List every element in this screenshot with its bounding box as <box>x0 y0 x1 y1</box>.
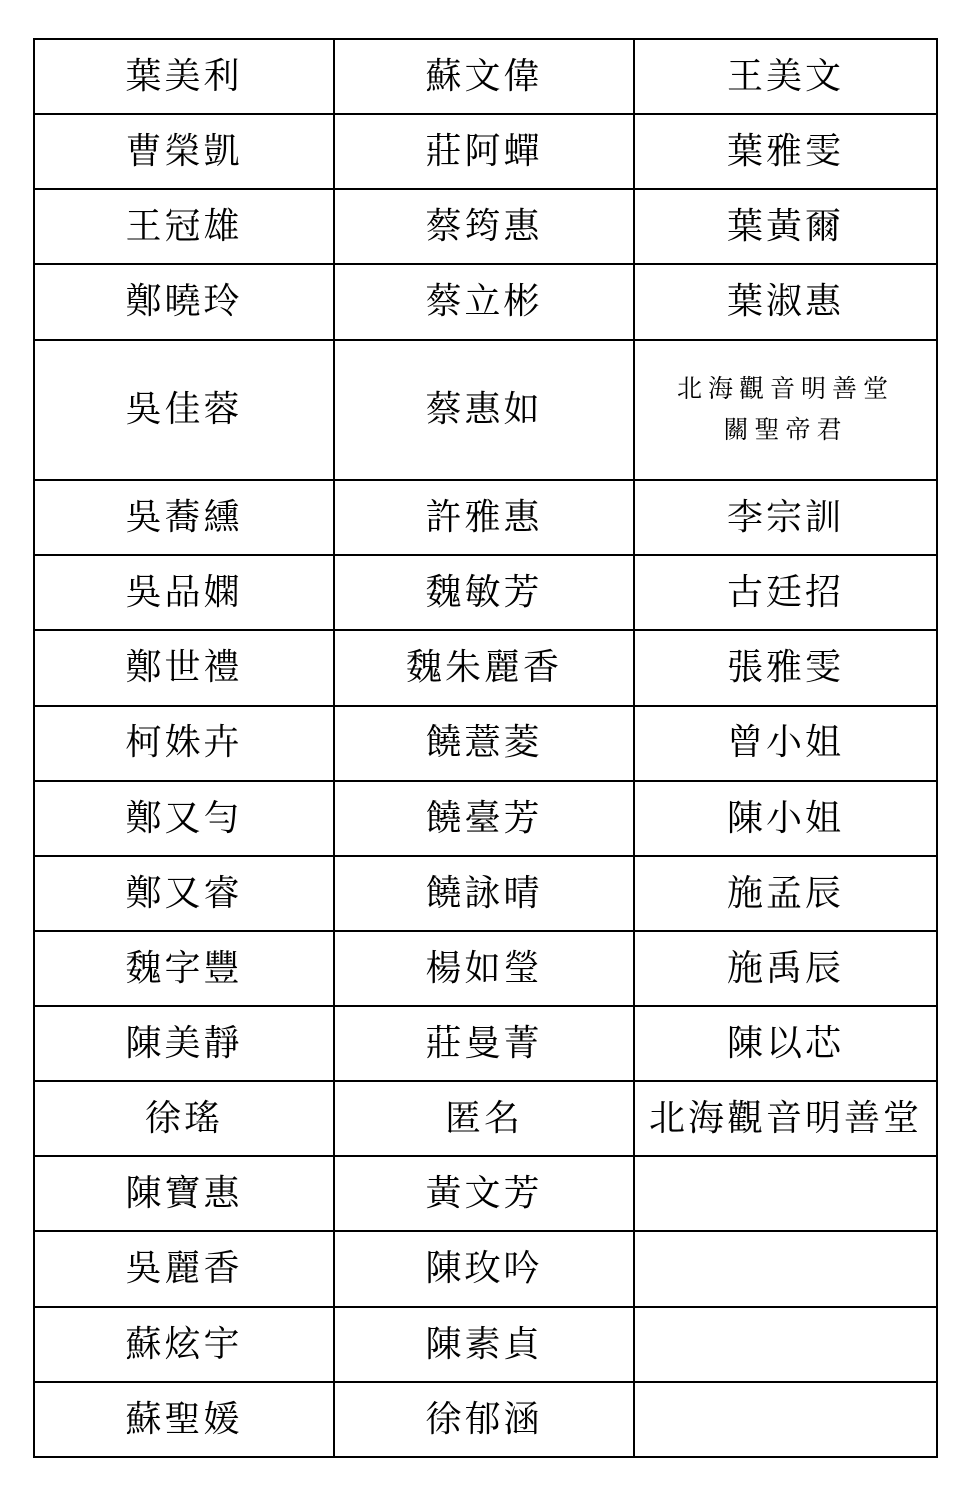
table-cell: 陳小姐 <box>634 781 937 856</box>
donor-name: 古廷招 <box>635 571 936 614</box>
donor-name: 黃文芳 <box>335 1172 633 1215</box>
donor-name: 吳品嫻 <box>35 571 333 614</box>
table-cell: 楊如瑩 <box>334 931 634 1006</box>
table-cell: 徐瑤 <box>34 1081 334 1156</box>
table-cell: 饒薏菱 <box>334 706 634 781</box>
table-cell: 古廷招 <box>634 555 937 630</box>
donor-name: 鄭曉玲 <box>35 280 333 323</box>
table-cell: 陳素貞 <box>334 1307 634 1382</box>
table-cell: 陳寶惠 <box>34 1156 334 1231</box>
donor-name: 蘇炫宇 <box>35 1323 333 1366</box>
table-cell: 鄭曉玲 <box>34 264 334 339</box>
donor-name: 張雅雯 <box>635 646 936 689</box>
table-row: 葉美利 蘇文偉 王美文 <box>34 39 937 114</box>
donor-name: 吳麗香 <box>35 1247 333 1290</box>
table-cell <box>634 1307 937 1382</box>
table-cell: 魏朱麗香 <box>334 630 634 705</box>
table-cell: 鄭世禮 <box>34 630 334 705</box>
table-cell: 陳以芯 <box>634 1006 937 1081</box>
table-cell: 曾小姐 <box>634 706 937 781</box>
donor-name: 鄭世禮 <box>35 646 333 689</box>
donor-name: 柯姝卉 <box>35 721 333 764</box>
donor-name: 饒臺芳 <box>335 797 633 840</box>
table-cell: 李宗訓 <box>634 480 937 555</box>
table-cell: 蘇文偉 <box>334 39 634 114</box>
table-cell: 莊曼菁 <box>334 1006 634 1081</box>
table-row: 徐瑤 匿名 北海觀音明善堂 <box>34 1081 937 1156</box>
donor-name: 陳小姐 <box>635 797 936 840</box>
donor-name: 曹榮凱 <box>35 130 333 173</box>
table-row: 吳麗香 陳玫吟 <box>34 1231 937 1306</box>
donor-name: 吳蕎纁 <box>35 496 333 539</box>
donor-name: 魏朱麗香 <box>335 646 633 689</box>
table-cell: 蔡惠如 <box>334 340 634 481</box>
donor-name: 蘇聖媛 <box>35 1398 333 1441</box>
donor-name: 蘇文偉 <box>335 55 633 98</box>
donor-name: 施禹辰 <box>635 947 936 990</box>
table-cell: 蔡立彬 <box>334 264 634 339</box>
table-cell: 吳蕎纁 <box>34 480 334 555</box>
donor-name: 魏敏芳 <box>335 571 633 614</box>
donor-name: 徐瑤 <box>35 1097 333 1140</box>
donor-name: 葉淑惠 <box>635 280 936 323</box>
table-cell: 葉黃爾 <box>634 189 937 264</box>
table-row: 魏字豐 楊如瑩 施禹辰 <box>34 931 937 1006</box>
table-cell: 黃文芳 <box>334 1156 634 1231</box>
table-cell: 蔡筠惠 <box>334 189 634 264</box>
table-cell: 吳麗香 <box>34 1231 334 1306</box>
table-cell: 王美文 <box>634 39 937 114</box>
table-cell: 魏敏芳 <box>334 555 634 630</box>
table-cell: 吳佳蓉 <box>34 340 334 481</box>
table-cell: 鄭又睿 <box>34 856 334 931</box>
donor-name: 蔡筠惠 <box>335 205 633 248</box>
table-cell: 魏字豐 <box>34 931 334 1006</box>
table-row: 鄭又勻 饒臺芳 陳小姐 <box>34 781 937 856</box>
donor-name: 徐郁涵 <box>335 1398 633 1441</box>
table-cell: 王冠雄 <box>34 189 334 264</box>
table-cell: 北海觀音明善堂 <box>634 1081 937 1156</box>
donor-name: 匿名 <box>335 1097 633 1140</box>
table-cell: 莊阿蟬 <box>334 114 634 189</box>
donor-name: 陳素貞 <box>335 1323 633 1366</box>
table-row: 柯姝卉 饒薏菱 曾小姐 <box>34 706 937 781</box>
donor-name: 葉美利 <box>35 55 333 98</box>
table-row: 陳寶惠 黃文芳 <box>34 1156 937 1231</box>
table-cell <box>634 1231 937 1306</box>
donor-name: 許雅惠 <box>335 496 633 539</box>
donor-name: 莊曼菁 <box>335 1022 633 1065</box>
table-cell: 陳玫吟 <box>334 1231 634 1306</box>
table-cell: 陳美靜 <box>34 1006 334 1081</box>
table-cell: 柯姝卉 <box>34 706 334 781</box>
donor-name: 饒薏菱 <box>335 721 633 764</box>
table-cell: 葉美利 <box>34 39 334 114</box>
table-cell <box>634 1156 937 1231</box>
table-row: 陳美靜 莊曼菁 陳以芯 <box>34 1006 937 1081</box>
table-row: 鄭世禮 魏朱麗香 張雅雯 <box>34 630 937 705</box>
table-row: 吳品嫻 魏敏芳 古廷招 <box>34 555 937 630</box>
table-row: 吳蕎纁 許雅惠 李宗訓 <box>34 480 937 555</box>
donor-name: 吳佳蓉 <box>35 388 333 431</box>
table-row: 蘇聖媛 徐郁涵 <box>34 1382 937 1457</box>
table-row: 蘇炫宇 陳素貞 <box>34 1307 937 1382</box>
table-row: 鄭曉玲 蔡立彬 葉淑惠 <box>34 264 937 339</box>
donor-name: 蔡立彬 <box>335 280 633 323</box>
table-cell: 鄭又勻 <box>34 781 334 856</box>
donor-name: 李宗訓 <box>635 496 936 539</box>
donor-name: 陳以芯 <box>635 1022 936 1065</box>
table-cell: 饒臺芳 <box>334 781 634 856</box>
donor-name: 王美文 <box>635 55 936 98</box>
donor-name: 葉雅雯 <box>635 130 936 173</box>
table-cell: 北海觀音明善堂 關聖帝君 <box>634 340 937 481</box>
donor-name: 饒詠晴 <box>335 872 633 915</box>
table-cell: 施孟辰 <box>634 856 937 931</box>
table-cell: 曹榮凱 <box>34 114 334 189</box>
donor-name: 蔡惠如 <box>335 388 633 431</box>
donor-name: 莊阿蟬 <box>335 130 633 173</box>
donor-name: 鄭又勻 <box>35 797 333 840</box>
donor-name: 葉黃爾 <box>635 205 936 248</box>
table-row: 曹榮凱 莊阿蟬 葉雅雯 <box>34 114 937 189</box>
table-cell: 徐郁涵 <box>334 1382 634 1457</box>
table-cell: 饒詠晴 <box>334 856 634 931</box>
table-row: 吳佳蓉 蔡惠如 北海觀音明善堂 關聖帝君 <box>34 340 937 481</box>
table-cell: 葉雅雯 <box>634 114 937 189</box>
table-cell: 蘇炫宇 <box>34 1307 334 1382</box>
table-cell: 張雅雯 <box>634 630 937 705</box>
table-cell: 葉淑惠 <box>634 264 937 339</box>
temple-name: 北海觀音明善堂 <box>635 1097 936 1140</box>
donor-name: 陳寶惠 <box>35 1172 333 1215</box>
donor-name: 施孟辰 <box>635 872 936 915</box>
donor-name: 陳玫吟 <box>335 1247 633 1290</box>
donor-name-table: 葉美利 蘇文偉 王美文 曹榮凱 莊阿蟬 葉雅雯 王冠雄 蔡筠惠 葉黃爾 鄭曉玲 … <box>33 38 938 1458</box>
table-cell: 蘇聖媛 <box>34 1382 334 1457</box>
table-row: 王冠雄 蔡筠惠 葉黃爾 <box>34 189 937 264</box>
donor-name: 鄭又睿 <box>35 872 333 915</box>
donor-name: 曾小姐 <box>635 721 936 764</box>
temple-name: 北海觀音明善堂 關聖帝君 <box>635 369 936 452</box>
table-cell: 施禹辰 <box>634 931 937 1006</box>
table-row: 鄭又睿 饒詠晴 施孟辰 <box>34 856 937 931</box>
table-cell: 匿名 <box>334 1081 634 1156</box>
table-cell <box>634 1382 937 1457</box>
table-cell: 許雅惠 <box>334 480 634 555</box>
donor-name: 陳美靜 <box>35 1022 333 1065</box>
donor-name: 楊如瑩 <box>335 947 633 990</box>
table-cell: 吳品嫻 <box>34 555 334 630</box>
donor-name: 魏字豐 <box>35 947 333 990</box>
donor-name: 王冠雄 <box>35 205 333 248</box>
